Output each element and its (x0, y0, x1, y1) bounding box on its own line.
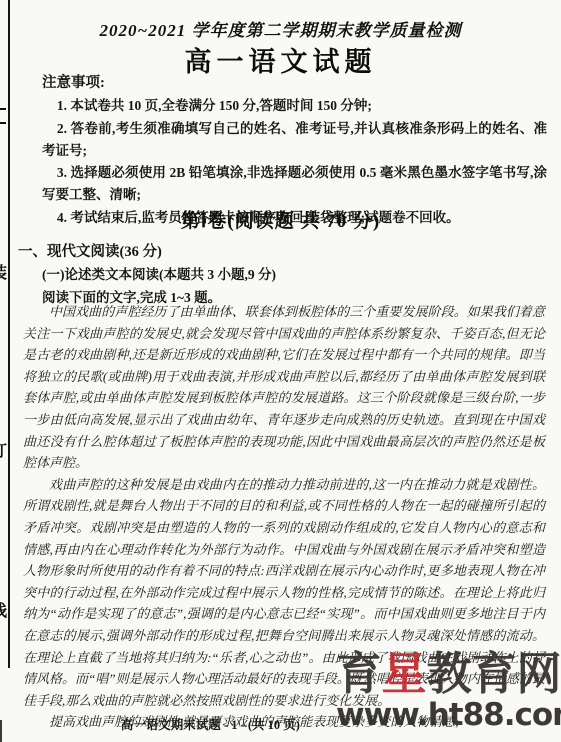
binding-mark-fragment (0, 108, 6, 124)
binding-mark-ding: 订 (0, 438, 9, 461)
part1-heading: 一、现代文阅读(36 分) (18, 240, 162, 261)
binding-mark-xian: 线 (0, 598, 9, 621)
passage-paragraph-1: 中国戏曲的声腔经历了由单曲体、联套体到板腔体的三个重要发展阶段。如果我们着意关注… (23, 301, 545, 474)
watermark-char-xing-red: 星 (381, 647, 426, 700)
notice-heading: 注意事项: (42, 72, 547, 94)
watermark-site-name: 育星教育网 (336, 645, 561, 703)
watermark-char-yu: 育 (336, 647, 381, 700)
notice-item-3: 3. 选择题必须使用 2B 铅笔填涂,非选择题必须使用 0.5 毫米黑色墨水签字… (42, 162, 547, 207)
binding-line (8, 0, 10, 668)
part1-sub-heading: (一)论述类文本阅读(本题共 3 小题,9 分) (42, 263, 276, 283)
exam-session-title: 2020~2021 学年度第二学期期末教学质量检测 (0, 16, 561, 41)
binding-mark-zhuang: 装 (0, 260, 9, 283)
watermark-url: www.ht88.com (336, 700, 561, 730)
watermark-chars-jiaoyuwang: 教育网 (427, 647, 561, 700)
volume1-header: 第Ⅰ卷(阅读题 共 70 分) (0, 206, 561, 233)
exam-paper-page: 装 订 线 2020~2021 学年度第二学期期末教学质量检测 高一语文试题 注… (0, 0, 561, 742)
watermark: 育星教育网 www.ht88.com (336, 645, 561, 730)
notice-item-2: 2. 答卷前,考生须准确填写自己的姓名、准考证号,并认真核准条形码上的姓名、准考… (42, 118, 547, 163)
notice-item-1: 1. 本试卷共 10 页,全卷满分 150 分,答题时间 150 分钟; (42, 95, 547, 117)
